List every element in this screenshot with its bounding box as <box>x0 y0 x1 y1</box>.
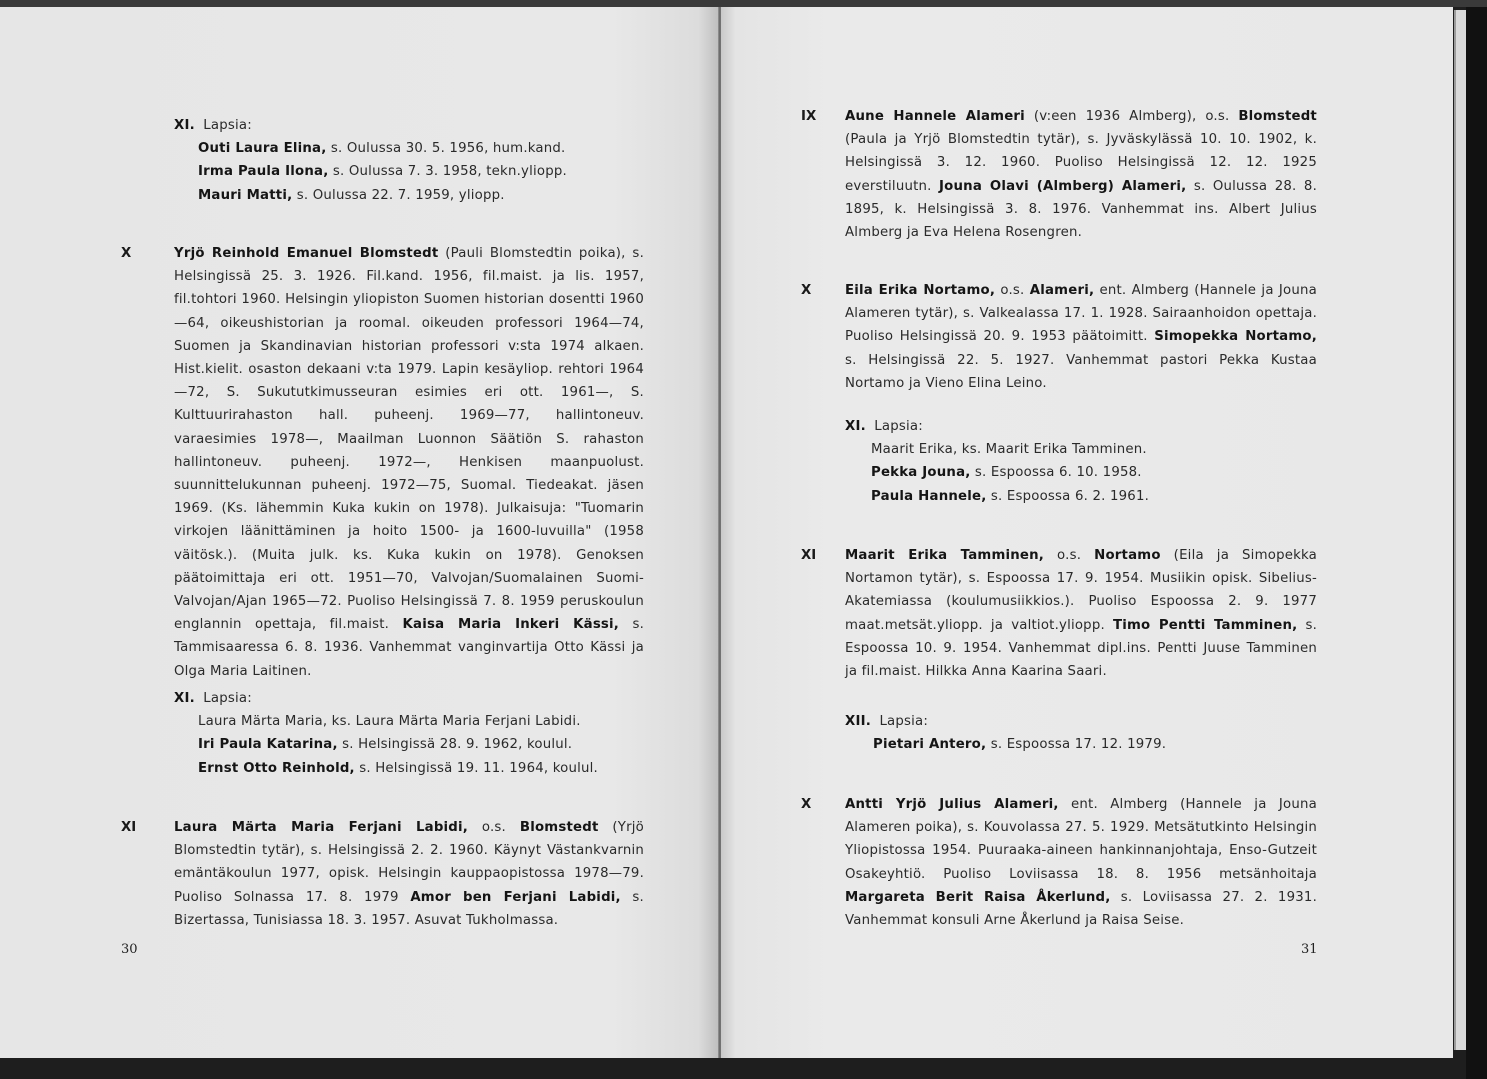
lapsia-label: Lapsia: <box>203 691 252 706</box>
person-name: Aune Hannele Alameri <box>845 109 1025 124</box>
maiden-name: Alameri, <box>1030 283 1094 298</box>
person-entry-eila-nortamo: Eila Erika Nortamo, o.s. Alameri, ent. A… <box>845 279 1317 395</box>
left-page: XI. Lapsia: Outi Laura Elina, s. Oulussa… <box>0 7 720 1058</box>
generation-marker: XI <box>121 816 136 839</box>
generation-marker: XI <box>801 544 816 567</box>
person-name: Eila Erika Nortamo, <box>845 283 995 298</box>
children-list: XI. Lapsia: Maarit Erika, ks. Maarit Eri… <box>845 415 1325 508</box>
person-entry-aune-alameri: Aune Hannele Alameri (v:een 1936 Almberg… <box>845 105 1317 244</box>
right-page: IX Aune Hannele Alameri (v:een 1936 Almb… <box>721 7 1453 1058</box>
child-entry: Mauri Matti, s. Oulussa 22. 7. 1959, yli… <box>198 184 654 207</box>
person-entry-yrjo-blomstedt: Yrjö Reinhold Emanuel Blomstedt (Pauli B… <box>174 242 644 683</box>
lapsia-label: Lapsia: <box>203 118 252 133</box>
child-entry: Ernst Otto Reinhold, s. Helsingissä 19. … <box>198 757 654 780</box>
spouse-name: Timo Pentti Tamminen, <box>1113 618 1297 633</box>
lapsia-label: Lapsia: <box>879 714 928 729</box>
children-list: XII. Lapsia: Pietari Antero, s. Espoossa… <box>845 710 1325 756</box>
maiden-name: Nortamo <box>1094 548 1161 563</box>
scan-top-border <box>0 0 1487 7</box>
person-name: Yrjö Reinhold Emanuel Blomstedt <box>174 246 438 261</box>
child-entry: Iri Paula Katarina, s. Helsingissä 28. 9… <box>198 733 654 756</box>
child-entry: Paula Hannele, s. Espoossa 6. 2. 1961. <box>871 485 1325 508</box>
page-number: 31 <box>1301 942 1318 957</box>
generation-marker: IX <box>801 105 816 128</box>
person-entry-laura-ferjani-labidi: Laura Märta Maria Ferjani Labidi, o.s. B… <box>174 816 644 932</box>
child-entry: Outi Laura Elina, s. Oulussa 30. 5. 1956… <box>198 137 654 160</box>
spouse-name: Kaisa Maria Inkeri Kässi, <box>403 617 620 632</box>
maiden-name: Blomstedt <box>1238 109 1317 124</box>
generation-label: XI. <box>174 118 195 133</box>
generation-marker: X <box>801 279 811 302</box>
generation-label: XI. <box>845 419 866 434</box>
child-entry: Maarit Erika, ks. Maarit Erika Tamminen. <box>871 438 1325 461</box>
spouse-name: Jouna Olavi (Almberg) Alameri, <box>939 179 1186 194</box>
generation-marker: X <box>801 793 811 816</box>
generation-label: XI. <box>174 691 195 706</box>
child-entry: Irma Paula Ilona, s. Oulussa 7. 3. 1958,… <box>198 160 654 183</box>
children-list: XI. Lapsia: Laura Märta Maria, ks. Laura… <box>174 687 654 780</box>
page-number: 30 <box>121 942 138 957</box>
person-name: Antti Yrjö Julius Alameri, <box>845 797 1059 812</box>
scan-right-border <box>1466 7 1487 1079</box>
spouse-name: Margareta Berit Raisa Åkerlund, <box>845 890 1111 905</box>
person-entry-antti-alameri: Antti Yrjö Julius Alameri, ent. Almberg … <box>845 793 1317 932</box>
child-entry: Laura Märta Maria, ks. Laura Märta Maria… <box>198 710 654 733</box>
generation-label: XII. <box>845 714 871 729</box>
child-entry: Pekka Jouna, s. Espoossa 6. 10. 1958. <box>871 461 1325 484</box>
maiden-name: Blomstedt <box>520 820 599 835</box>
person-name: Laura Märta Maria Ferjani Labidi, <box>174 820 468 835</box>
spouse-name: Simopekka Nortamo, <box>1154 329 1317 344</box>
spouse-name: Amor ben Ferjani Labidi, <box>410 890 620 905</box>
person-entry-maarit-tamminen: Maarit Erika Tamminen, o.s. Nortamo (Eil… <box>845 544 1317 683</box>
child-entry: Pietari Antero, s. Espoossa 17. 12. 1979… <box>873 733 1325 756</box>
children-list: XI. Lapsia: Outi Laura Elina, s. Oulussa… <box>174 114 654 207</box>
lapsia-label: Lapsia: <box>874 419 923 434</box>
person-name: Maarit Erika Tamminen, <box>845 548 1044 563</box>
generation-marker: X <box>121 242 131 265</box>
